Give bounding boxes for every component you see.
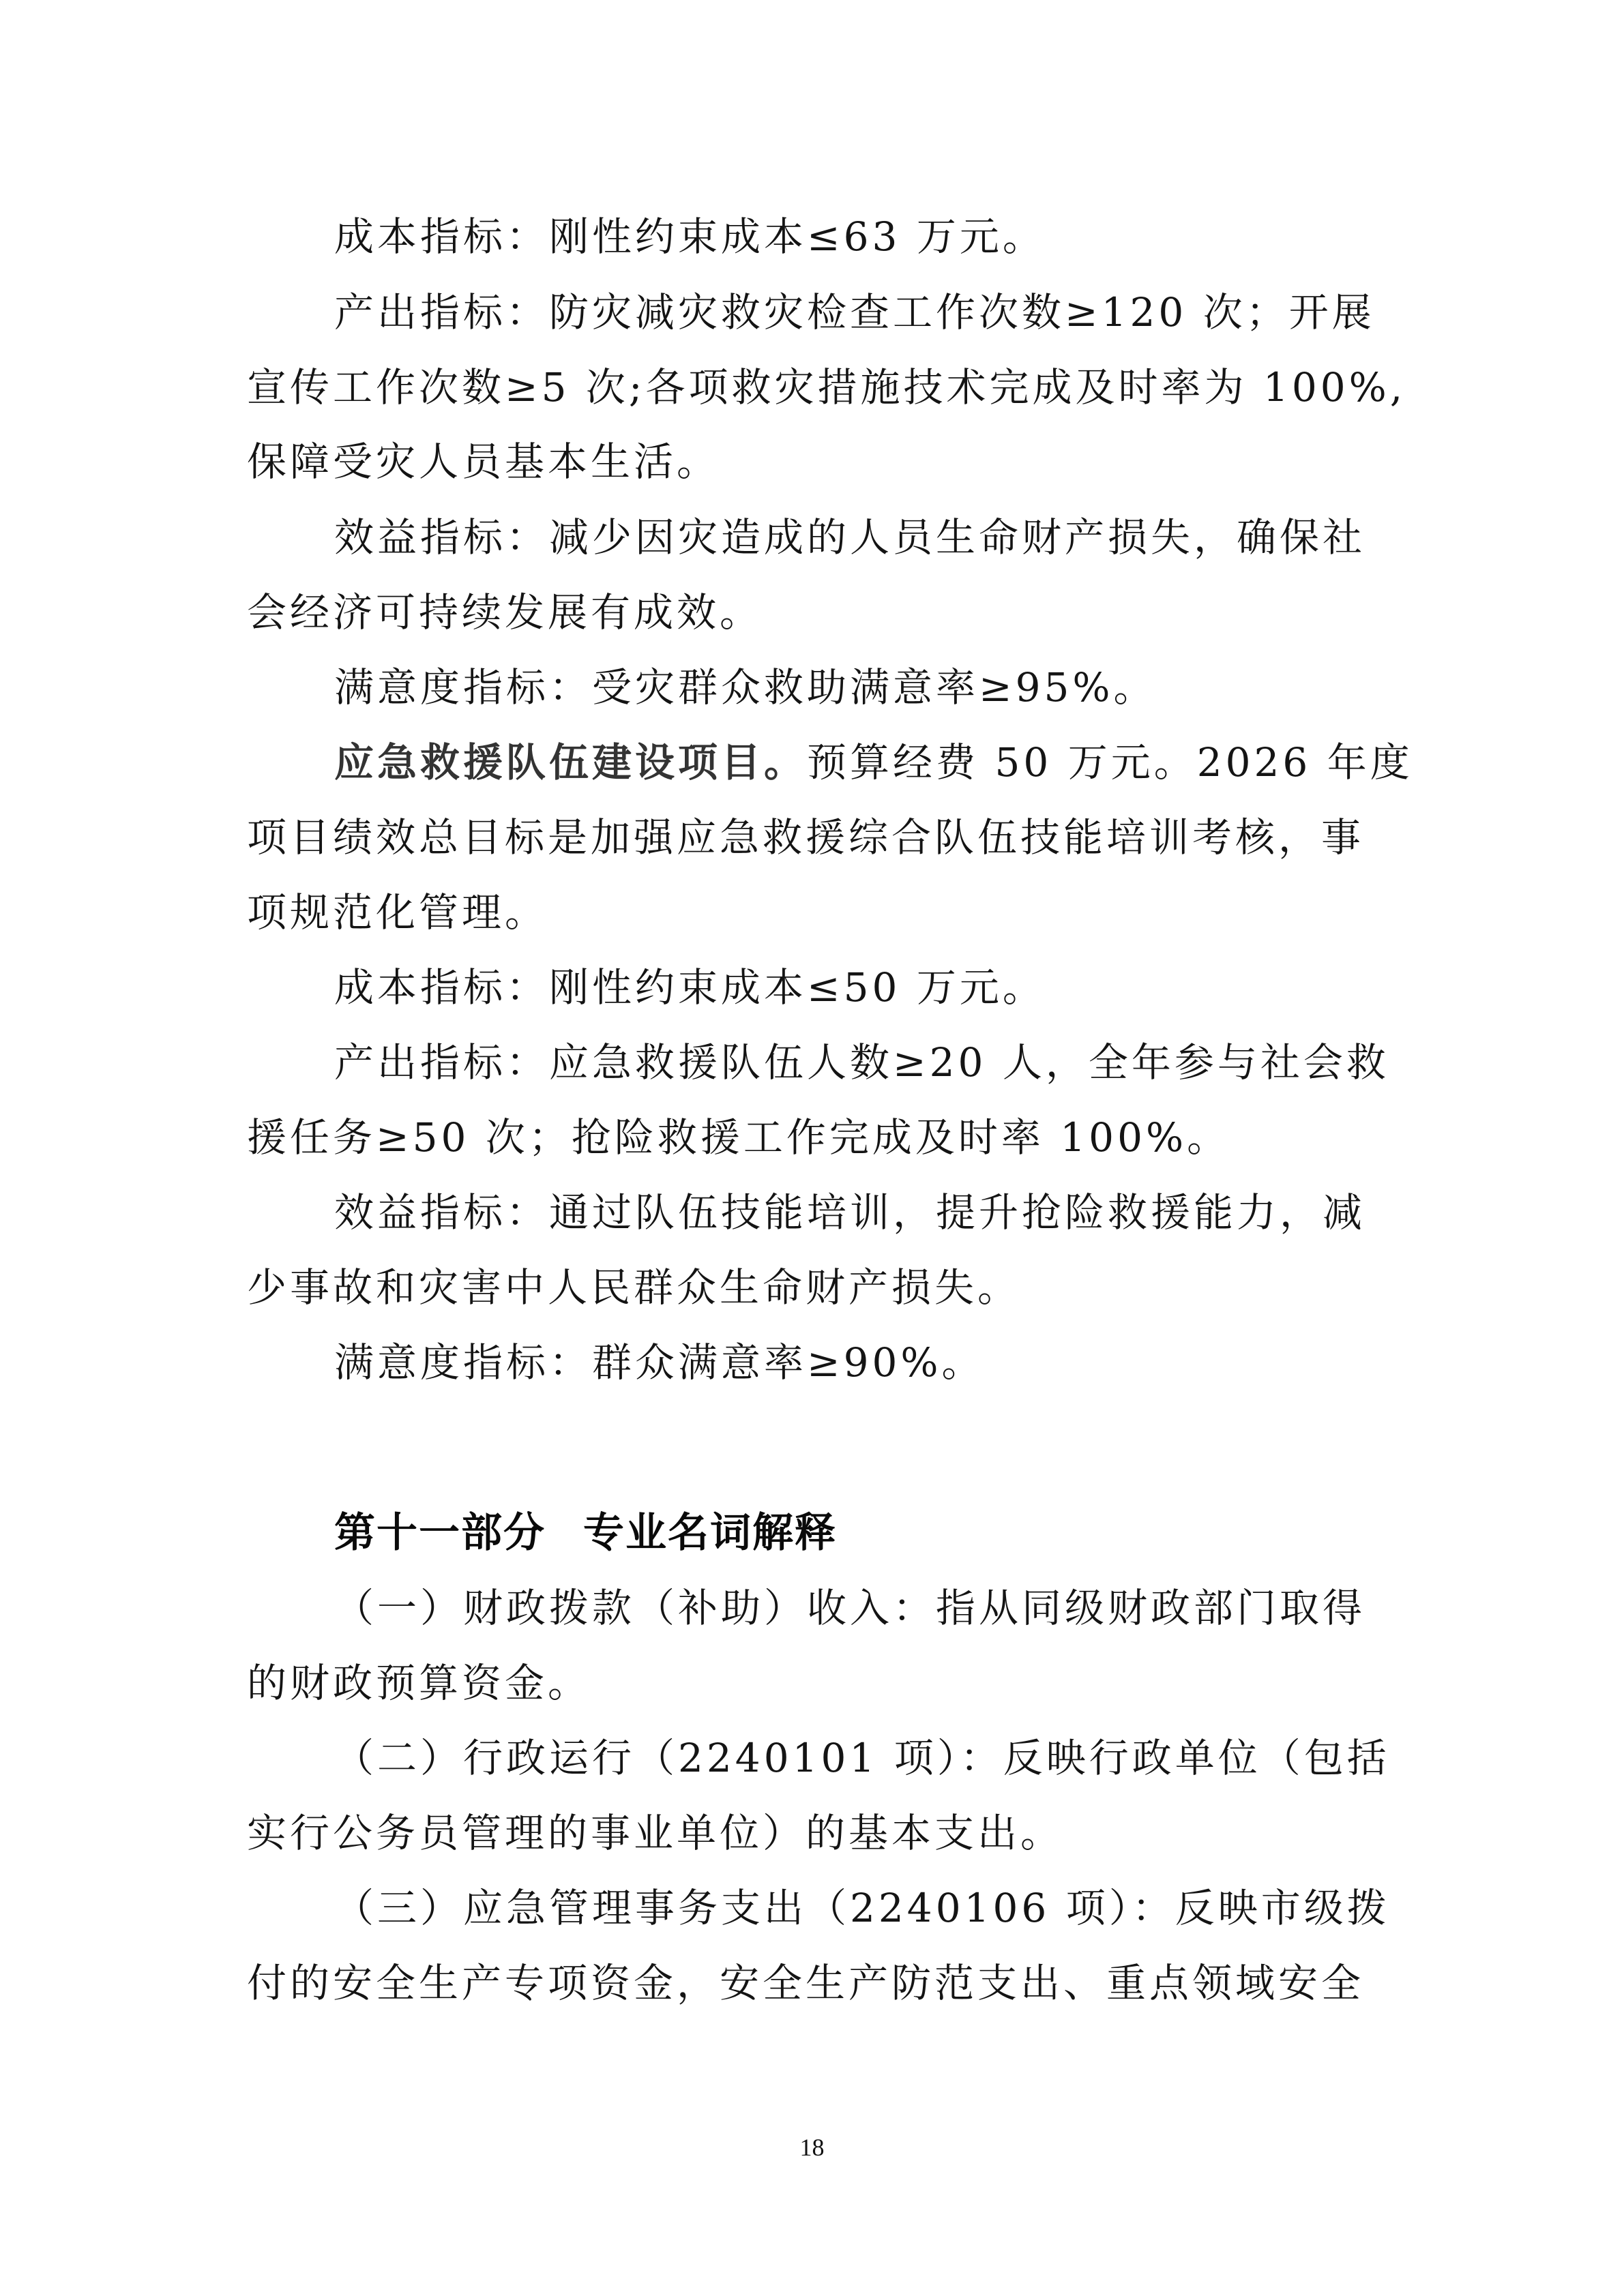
rescue-project-budget: 预算经费 50 万元。2026 年度 (807, 739, 1413, 786)
rescue-benefit-indicator-line-2: 少事故和灾害中人民群众生命财产损失。 (247, 1260, 1020, 1315)
cost-indicator-50: 成本指标：刚性约束成本≤50 万元。 (334, 960, 1046, 1015)
benefit-indicator-line-1: 效益指标：减少因灾造成的人员生命财产损失，确保社 (334, 510, 1365, 565)
rescue-project-goal-line-1: 项目绩效总目标是加强应急救援综合队伍技能培训考核，事 (247, 810, 1364, 865)
rescue-benefit-indicator-line-1: 效益指标：通过队伍技能培训，提升抢险救援能力，减 (334, 1185, 1365, 1240)
cost-indicator-63: 成本指标：刚性约束成本≤63 万元。 (334, 209, 1046, 264)
rescue-output-indicator-line-1: 产出指标：应急救援队伍人数≥20 人，全年参与社会救 (334, 1035, 1389, 1090)
term-1-line-1: （一）财政拨款（补助）收入：指从同级财政部门取得 (334, 1581, 1365, 1635)
rescue-project-goal-line-2: 项规范化管理。 (247, 885, 548, 940)
output-indicator-line-2: 宣传工作次数≥5 次;各项救灾措施技术完成及时率为 100%, (247, 360, 1406, 415)
satisfaction-indicator-95: 满意度指标：受灾群众救助满意率≥95%。 (334, 660, 1157, 715)
rescue-output-indicator-line-2: 援任务≥50 次；抢险救援工作完成及时率 100%。 (247, 1110, 1230, 1165)
part-eleven-label: 第十一部分 (334, 1509, 546, 1557)
page-number: 18 (0, 2133, 1624, 2162)
part-eleven-heading: 第十一部分专业名词解释 (334, 1506, 837, 1560)
term-2-line-2: 实行公务员管理的事业单位）的基本支出。 (247, 1806, 1063, 1860)
term-3-line-2: 付的安全生产专项资金，安全生产防范支出、重点领域安全 (247, 1956, 1364, 2010)
term-3-line-1: （三）应急管理事务支出（2240106 项）：反映市级拨 (334, 1881, 1390, 1935)
output-indicator-line-1: 产出指标：防灾减灾救灾检查工作次数≥120 次；开展 (334, 285, 1375, 340)
output-indicator-line-3: 保障受灾人员基本生活。 (247, 434, 720, 489)
term-2-line-1: （二）行政运行（2240101 项）：反映行政单位（包括 (334, 1731, 1390, 1785)
rescue-project-intro: 应急救援队伍建设项目。预算经费 50 万元。2026 年度 (334, 735, 1413, 790)
term-1-line-2: 的财政预算资金。 (247, 1656, 591, 1710)
benefit-indicator-line-2: 会经济可持续发展有成效。 (247, 585, 763, 640)
part-eleven-title: 专业名词解释 (583, 1509, 837, 1557)
satisfaction-indicator-90: 满意度指标：群众满意率≥90%。 (334, 1335, 985, 1390)
rescue-project-title: 应急救援队伍建设项目。 (334, 739, 807, 786)
